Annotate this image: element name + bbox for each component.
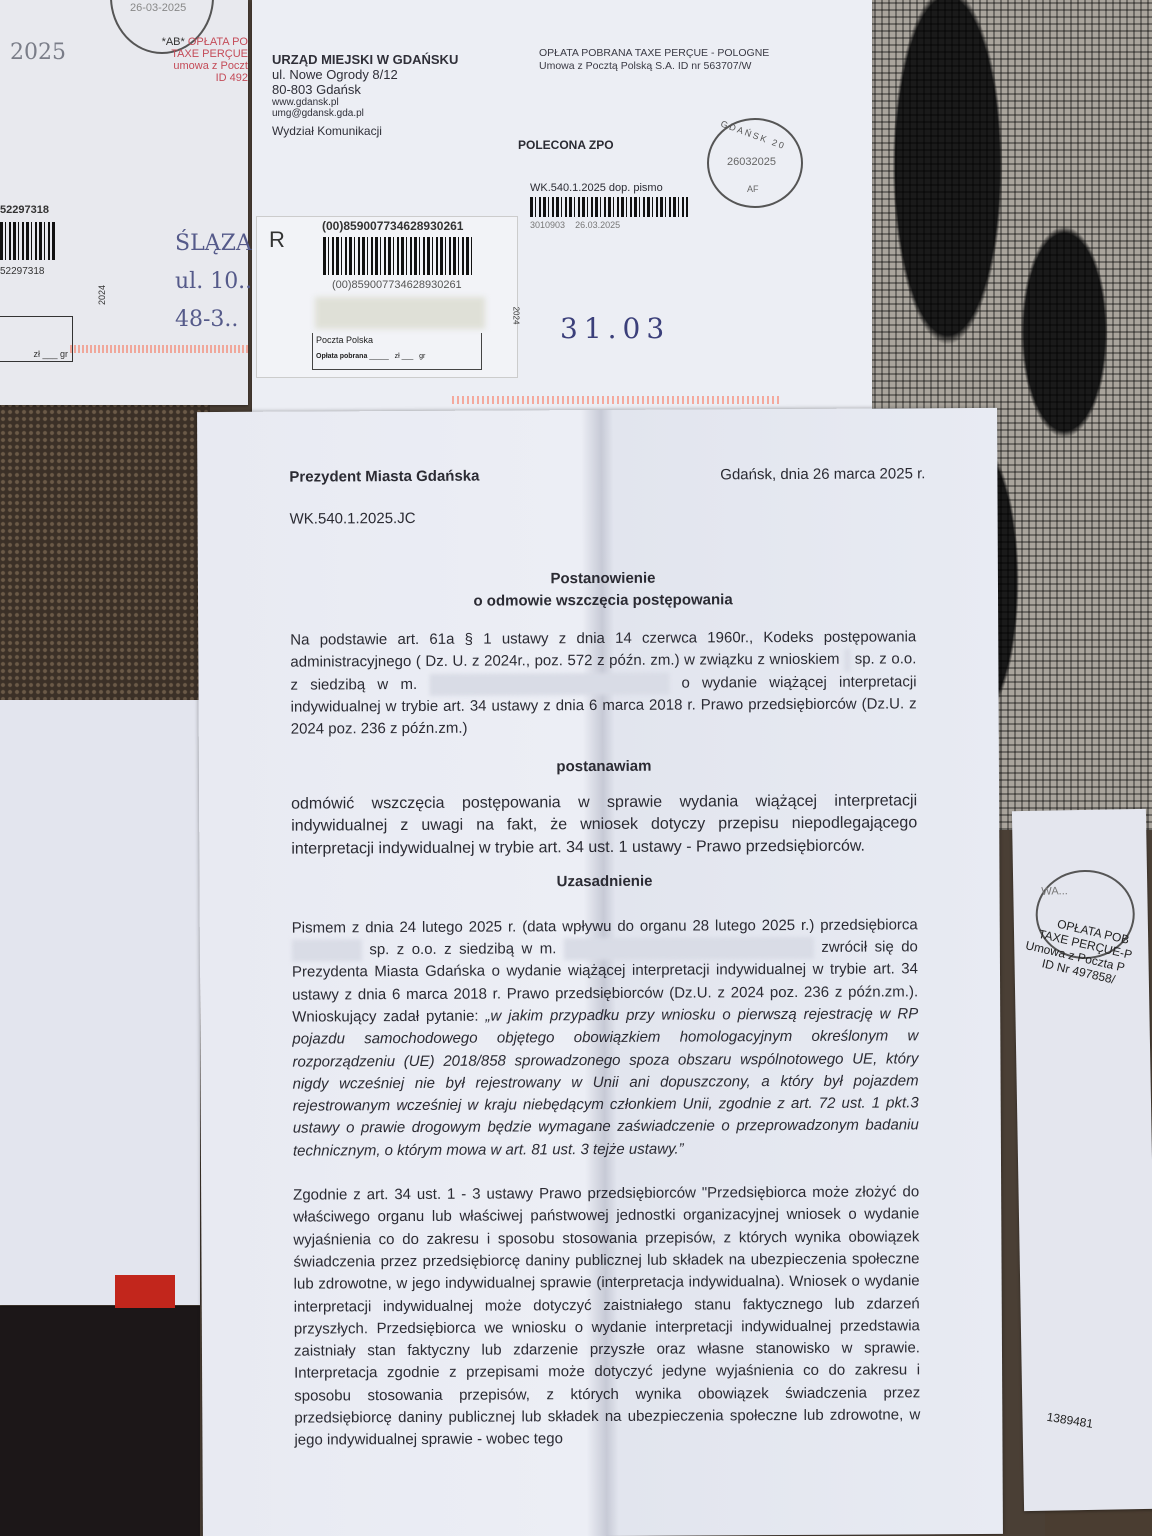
decision-heading: postanawiam (291, 754, 917, 780)
year-label: 2024 (97, 285, 107, 305)
sender-block: URZĄD MIEJSKI W GDAŃSKU ul. Nowe Ogrody … (272, 52, 458, 138)
case-number: WK.540.1.2025.JC (290, 506, 916, 532)
dark-surface-background (0, 1306, 200, 1536)
fee-box: zł ___ gr (0, 316, 73, 362)
handwritten-date: 31.03 (560, 312, 670, 345)
fee-stamp: *AB* OPŁATA PO TAXE PERÇUE umowa z Poczt… (148, 36, 248, 84)
gdansk-postmark: GDAŃSK 20 26032025 AF (707, 118, 803, 208)
brown-carpet-background (0, 395, 210, 705)
justification-heading: Uzasadnienie (291, 870, 917, 896)
red-tab (115, 1275, 175, 1308)
decision-letter: Prezydent Miasta Gdańska Gdańsk, dnia 26… (197, 408, 1003, 1536)
right-envelope: WA... OPŁATA POB TAXE PERÇUE-P Umowa z P… (1012, 809, 1152, 1511)
justification-paragraph-1: Pismem z dnia 24 lutego 2025 r. (data wp… (292, 914, 919, 1163)
tracking-number-caption: (00)859007734628930261 (332, 279, 462, 291)
barcode-caption: 3010903 26.03.2025 (530, 220, 620, 230)
place-date: Gdańsk, dnia 26 marca 2025 r. (720, 463, 925, 486)
left-envelope: 26-03-2025 2025 *AB* OPŁATA PO TAXE PERÇ… (0, 0, 248, 405)
redacted-address (315, 297, 485, 329)
tracking-number: (00)859007734628930261 (322, 219, 463, 233)
reference-number: WK.540.1.2025 dop. pismo (530, 182, 663, 194)
orange-barcode-strip (70, 345, 248, 353)
main-envelope: URZĄD MIEJSKI W GDAŃSKU ul. Nowe Ogrody … (252, 0, 872, 448)
tracking-barcode (323, 237, 473, 275)
document-subtitle: o odmowie wszczęcia postępowania (290, 588, 916, 614)
fee-box: Poczta Polska Opłata pobrana _____ zł __… (312, 333, 482, 370)
barcode-number-caption: 52297318 (0, 266, 45, 277)
intro-paragraph: Na podstawie art. 61a § 1 ustawy z dnia … (290, 627, 917, 742)
envelope-barcode (530, 197, 688, 217)
justification-paragraph-2: Zgodnie z art. 34 ust. 1 - 3 ustawy Praw… (293, 1181, 920, 1452)
issuer: Prezydent Miasta Gdańska (289, 466, 479, 489)
barcode (0, 222, 56, 260)
mail-type: POLECONA ZPO (518, 138, 614, 152)
postmark-date: 26-03-2025 (130, 2, 186, 14)
registered-letter: R (269, 227, 285, 253)
handwritten-date: 2025 (10, 40, 66, 65)
tracking-number: 1389481 (1046, 1410, 1094, 1431)
decision-text: odmówić wszczęcia postępowania w sprawie… (291, 790, 917, 861)
barcode-number: 52297318 (0, 204, 49, 216)
left-lower-envelope (0, 700, 200, 1305)
registered-mail-label: R (00)859007734628930261 (00)85900773462… (256, 216, 518, 378)
document-title: Postanowienie (290, 566, 916, 592)
fee-paid-notice: OPŁATA POBRANA TAXE PERÇUE - POLOGNE Umo… (539, 47, 769, 73)
orange-barcode-strip (452, 396, 782, 404)
